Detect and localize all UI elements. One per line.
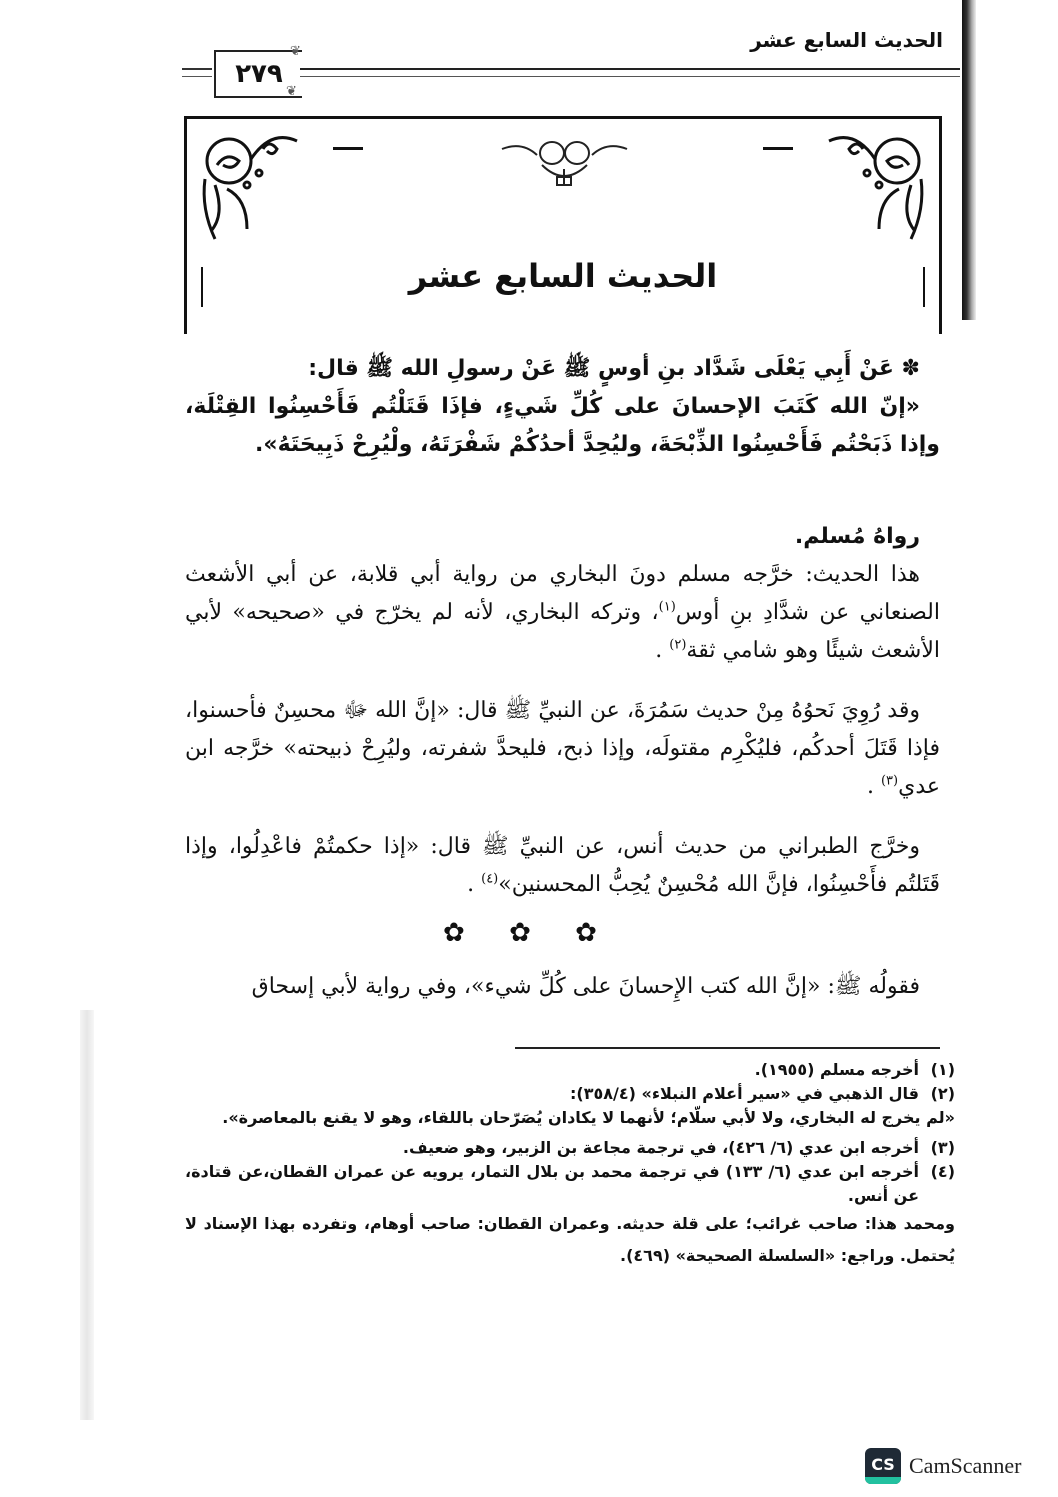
footnote-ref[interactable]: (٢) (669, 638, 686, 653)
footnote-continuation: ومحمد هذا: صاحب غرائب؛ على قلة حديثه. وع… (185, 1208, 955, 1272)
paragraph-end: . (655, 638, 669, 663)
footnote-text: أخرجه ابن عدي (٦/ ٤٢٦)، في ترجمة مجاعة ب… (185, 1136, 919, 1160)
footnote-quote: «لم يخرج له البخاري، ولا لأبي سلّام؛ لأن… (185, 1106, 955, 1130)
footnote-number: (١) (927, 1058, 955, 1082)
gutter-shadow (80, 1010, 94, 1420)
footnote-text: أخرجه مسلم (١٩٥٥). (185, 1058, 919, 1082)
footnote-ref[interactable]: (٤) (481, 872, 498, 887)
frame-dash (763, 147, 793, 150)
hadith-source-block: رواهُ مُسلم. (185, 518, 940, 556)
footnote-item: (٣) أخرجه ابن عدي (٦/ ٤٢٦)، في ترجمة مجا… (185, 1136, 955, 1160)
section-separator: ✿ ✿ ✿ (0, 918, 1058, 948)
footnote-ref[interactable]: (١) (659, 600, 676, 615)
chapter-title-frame: الحديث السابع عشر (184, 116, 942, 334)
footnote-item: (٤) أخرجه ابن عدي (٦/ ١٣٣) في ترجمة محمد… (185, 1160, 955, 1208)
footnote-number: (٢) (927, 1082, 955, 1106)
continuation-paragraph: فقولُه ﷺ: «إنَّ الله كتب الإِحسانَ على ك… (185, 968, 940, 1006)
footnotes: (١) أخرجه مسلم (١٩٥٥). (٢) قال الذهبي في… (185, 1058, 955, 1272)
paragraph-text: فقولُه ﷺ: «إنَّ الله كتب الإِحسانَ على ك… (185, 968, 940, 1006)
footnote-divider (515, 1047, 940, 1049)
footnote-number: (٤) (927, 1160, 955, 1208)
hadith-block: ✽ عَنْ أَبِي يَعْلَى شَدَّاد بنِ أوسٍ ﷺ … (185, 350, 940, 464)
commentary-paragraph: وخرَّج الطبراني من حديث أنس، عن النبيِّ … (185, 828, 940, 904)
camscanner-label: CamScanner (909, 1453, 1021, 1479)
footnote-item: (٢) قال الذهبي في «سير أعلام النبلاء» (٣… (185, 1082, 955, 1106)
header-rule-left (182, 68, 212, 77)
paragraph-end: . (467, 872, 481, 897)
footnote-text: أخرجه ابن عدي (٦/ ١٣٣) في ترجمة محمد بن … (185, 1160, 919, 1208)
center-ornament-icon (497, 139, 632, 189)
camscanner-watermark: CS CamScanner (865, 1448, 1021, 1484)
footnote-ref[interactable]: (٣) (881, 774, 898, 789)
flourish-icon: ❦ (286, 84, 297, 99)
flourish-icon: ❦ (290, 44, 301, 59)
commentary-paragraph: وقد رُوِيَ نَحوُهُ مِنْ حديث سَمُرَةَ، ع… (185, 692, 940, 806)
hadith-text: «إنّ الله كَتَبَ الإحسانَ على كُلِّ شَيء… (185, 388, 940, 464)
page-edge-shadow (962, 0, 976, 320)
frame-dash (333, 147, 363, 150)
commentary-paragraph: هذا الحديث: خرَّجه مسلم دونَ البخاري من … (185, 556, 940, 670)
corner-ornament-icon (197, 129, 317, 249)
paragraph-end: . (867, 774, 881, 799)
hadith-chain: ✽ عَنْ أَبِي يَعْلَى شَدَّاد بنِ أوسٍ ﷺ … (185, 350, 940, 388)
paragraph-text: وخرَّج الطبراني من حديث أنس، عن النبيِّ … (185, 834, 940, 897)
chapter-title: الحديث السابع عشر (187, 257, 939, 295)
footnote-item: (١) أخرجه مسلم (١٩٥٥). (185, 1058, 955, 1082)
footnote-number: (٣) (927, 1136, 955, 1160)
camscanner-logo-icon: CS (865, 1448, 901, 1484)
hadith-source: رواهُ مُسلم. (185, 518, 940, 556)
header-rule (300, 68, 960, 77)
footnote-text: قال الذهبي في «سير أعلام النبلاء» (٣٥٨/٤… (185, 1082, 919, 1106)
paragraph-text: وقد رُوِيَ نَحوُهُ مِنْ حديث سَمُرَةَ، ع… (185, 698, 940, 799)
running-header-title: الحديث السابع عشر (750, 28, 943, 52)
corner-ornament-icon (809, 129, 929, 249)
